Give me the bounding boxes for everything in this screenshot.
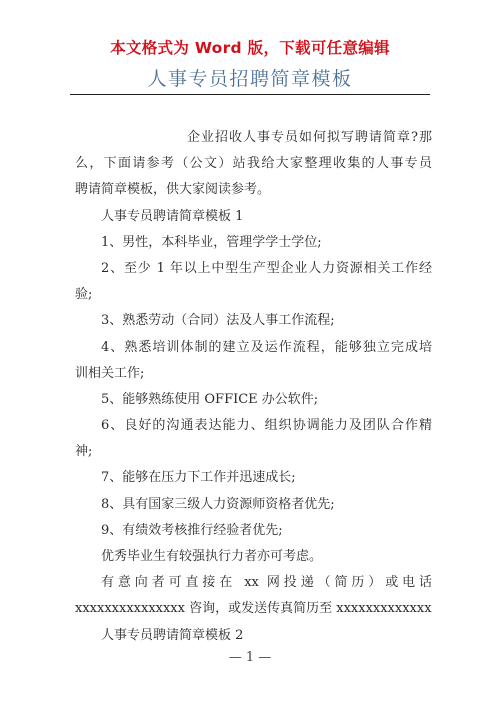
requirement-2-cont: 验; (75, 282, 432, 308)
document-body: 企业招收人事专员如何拟写聘请简章?那 么，下面请参考（公文）站我给大家整理收集的… (75, 125, 432, 649)
requirement-8: 8、具有国家三级人力资源师资格者优先; (75, 492, 432, 518)
graduate-note: 优秀毕业生有较强执行力者亦可考虑。 (75, 544, 432, 570)
requirement-7: 7、能够在压力下工作并迅速成长; (75, 465, 432, 491)
requirement-6-cont: 神; (75, 439, 432, 465)
contact-line-2: xxxxxxxxxxxxxxx 咨询，或发送传真简历至 xxxxxxxxxxxx… (75, 596, 432, 622)
requirement-4-cont: 训相关工作; (75, 361, 432, 387)
requirement-9: 9、有绩效考核推行经验者优先; (75, 518, 432, 544)
requirement-6: 6、良好的沟通表达能力、组织协调能力及团队合作精 (75, 413, 432, 439)
intro-line-3: 聘请简章模板，供大家阅读参考。 (75, 177, 432, 203)
intro-line-1: 企业招收人事专员如何拟写聘请简章?那 (75, 125, 432, 151)
section-heading-1: 人事专员聘请简章模板 1 (75, 204, 432, 230)
requirement-5: 5、能够熟练使用 OFFICE 办公软件; (75, 387, 432, 413)
requirement-1: 1、男性，本科毕业，管理学学士学位; (75, 230, 432, 256)
page-number: — 1 — (0, 650, 500, 665)
document-title: 人事专员招聘简章模板 (0, 64, 500, 91)
requirement-3: 3、熟悉劳动（合同）法及人事工作流程; (75, 308, 432, 334)
title-divider (70, 94, 430, 95)
requirement-4: 4、熟悉培训体制的建立及运作流程，能够独立完成培 (75, 335, 432, 361)
contact-line-1: 有意向者可直接在 xx 网投递（简历）或电话 (75, 570, 432, 596)
intro-line-2: 么，下面请参考（公文）站我给大家整理收集的人事专员 (75, 151, 432, 177)
download-banner: 本文格式为 Word 版，下载可任意编辑 (0, 36, 500, 58)
requirement-2: 2、至少 1 年以上中型生产型企业人力资源相关工作经 (75, 256, 432, 282)
section-heading-2: 人事专员聘请简章模板 2 (75, 623, 432, 649)
